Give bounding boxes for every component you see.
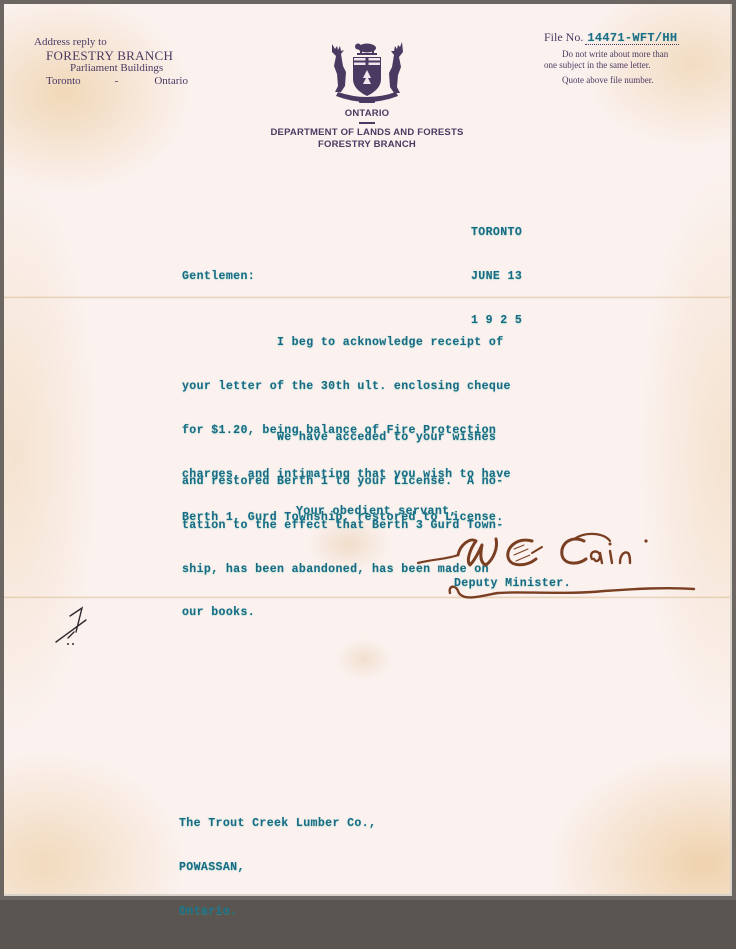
recipient-company: The Trout Creek Lumber Co., <box>179 817 376 832</box>
file-note-3: Quote above file number. <box>544 75 734 86</box>
recipient-town: POWASSAN, <box>179 861 376 876</box>
branch-name: FORESTRY BRANCH <box>244 139 490 151</box>
complimentary-closing: Your obedient servant, <box>296 505 457 520</box>
department-name: DEPARTMENT OF LANDS AND FORESTS <box>244 127 490 139</box>
recipient-address: The Trout Creek Lumber Co., POWASSAN, On… <box>179 788 376 900</box>
address-city-line: Toronto - Ontario <box>30 75 206 88</box>
file-note-1: Do not write about more than <box>544 49 734 60</box>
file-number-label: File No. <box>544 32 583 43</box>
document-frame: Address reply to FORESTRY BRANCH Parliam… <box>0 0 736 900</box>
address-separator: - <box>115 75 119 88</box>
handwritten-signature <box>414 529 704 609</box>
salutation: Gentlemen: <box>182 270 255 285</box>
heading-divider <box>359 122 375 124</box>
dateline-date: JUNE 13 <box>471 270 522 285</box>
file-number-value: 14471-WFT/HH <box>585 33 679 45</box>
file-number-block: File No. 14471-WFT/HH Do not write about… <box>544 32 734 86</box>
fold-line <box>4 296 730 299</box>
address-building: Parliament Buildings <box>30 62 200 75</box>
body-paragraph-2: We have acceded to your wishes and resto… <box>182 402 504 650</box>
file-number-line: File No. 14471-WFT/HH <box>544 32 734 45</box>
paragraph-line: your letter of the 30th ult. enclosing c… <box>182 380 511 395</box>
handwritten-mark <box>52 602 108 650</box>
file-note-2: one subject in the same letter. <box>544 60 734 71</box>
signatory-title: Deputy Minister. <box>454 577 571 592</box>
address-city: Toronto <box>46 75 81 88</box>
department-heading: ONTARIO DEPARTMENT OF LANDS AND FORESTS … <box>244 108 490 151</box>
paragraph-line: and restored Berth 1 to your License. A … <box>182 475 504 490</box>
letter-page: Address reply to FORESTRY BRANCH Parliam… <box>4 4 732 896</box>
ontario-coat-of-arms-icon <box>324 40 410 106</box>
paragraph-line: We have acceded to your wishes <box>182 431 504 446</box>
address-province: Ontario <box>154 75 188 88</box>
address-branch: FORESTRY BRANCH <box>30 49 200 62</box>
reply-address-block: Address reply to FORESTRY BRANCH Parliam… <box>30 36 200 88</box>
province-name: ONTARIO <box>244 108 490 120</box>
paragraph-line: I beg to acknowledge receipt of <box>182 336 511 351</box>
dateline-city: TORONTO <box>471 226 522 241</box>
